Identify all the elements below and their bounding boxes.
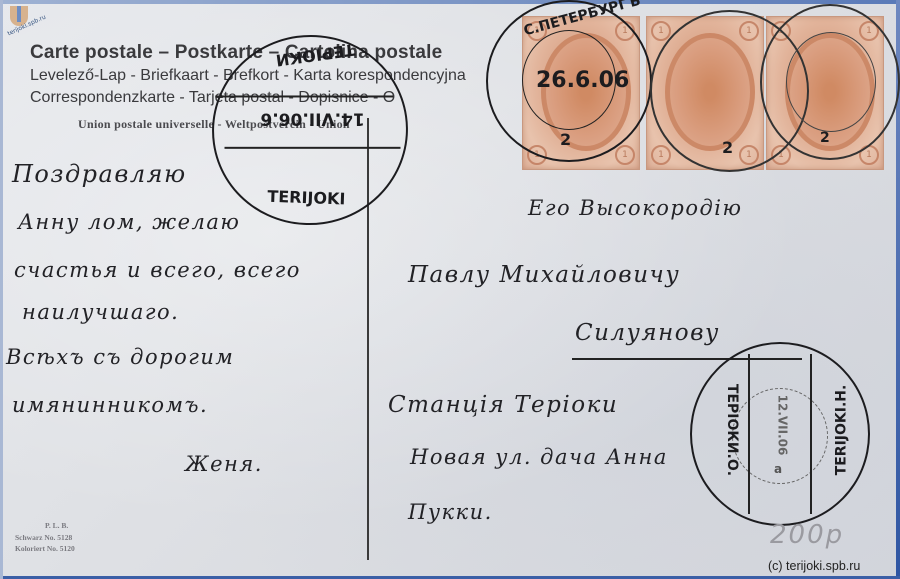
address-line: Пукки.: [408, 500, 493, 524]
message-line: Поздравляю: [12, 160, 187, 188]
printer-mark: Schwarz No. 5128: [15, 533, 72, 542]
printer-mark: Koloriert No. 5120: [15, 544, 75, 553]
address-line: Станція Теріоки: [388, 392, 618, 418]
message-line: счастья и всего, всего: [14, 258, 301, 282]
price-note: 200р: [770, 520, 844, 550]
printer-mark: P. L. B.: [45, 521, 68, 530]
scan-edge-top: [0, 0, 900, 4]
message-line: Анну лом, желаю: [18, 210, 240, 234]
address-line: Силуянову: [575, 320, 720, 346]
address-line: Павлу Михайловичу: [408, 262, 680, 288]
header-line-1: Carte postale – Postkarte – Cartolina po…: [30, 42, 442, 64]
address-line: Его Высокородію: [528, 196, 742, 220]
watermark-logo: terijoki.spb.ru: [6, 4, 32, 32]
postmark-terijoki-right: ТЕРІОКИ.О. 12.VII.06 TERIJOKI.H. a: [690, 342, 870, 526]
scan-edge-left: [0, 0, 3, 579]
postcard: terijoki.spb.ru Carte postale – Postkart…: [0, 0, 900, 579]
address-line: Новая ул. дача Анна: [410, 445, 668, 469]
postmark-spb: 26.6.06 2 С.ПЕТЕРБУРГЪ: [486, 0, 652, 162]
message-line: наилучшаго.: [22, 300, 179, 324]
message-line: Всѣхъ съ дорогим: [6, 345, 234, 369]
signature: Женя.: [185, 452, 263, 476]
postmark-spb: 2: [760, 4, 900, 160]
copyright-watermark: (c) terijoki.spb.ru: [768, 559, 860, 573]
message-line: имянинникомъ.: [12, 393, 208, 417]
